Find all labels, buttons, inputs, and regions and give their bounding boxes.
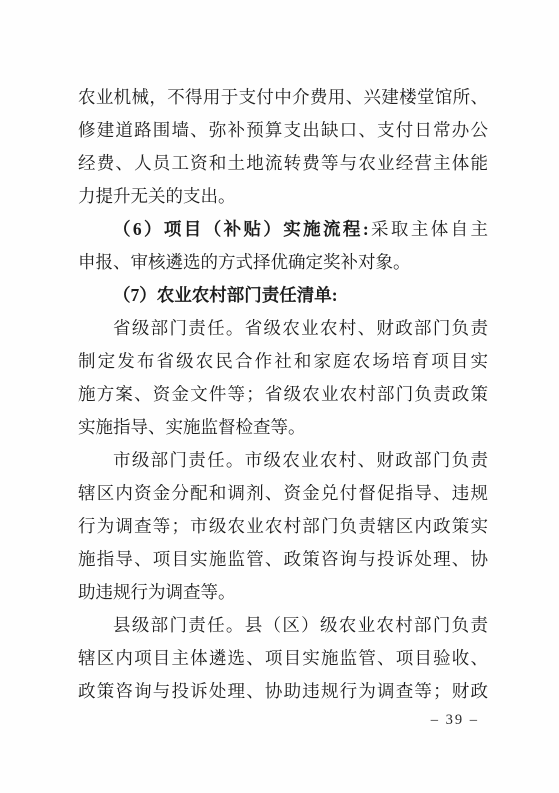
text-line: 经费、人员工资和土地流转费等与农业经营主体能 bbox=[78, 147, 488, 180]
text-line: 修建道路围墙、弥补预算支出缺口、支付日常办公 bbox=[78, 114, 488, 147]
page-number: – 39 – bbox=[431, 712, 479, 729]
text-line: 县级部门责任。县（区）级农业农村部门负责 bbox=[78, 609, 488, 642]
section-heading-6: （6）项目（补贴）实施流程: bbox=[113, 219, 369, 239]
text-line: 助违规行为调查等。 bbox=[78, 576, 488, 609]
text-line: 辖区内资金分配和调剂、资金兑付督促指导、违规 bbox=[78, 477, 488, 510]
text-line: 辖区内项目主体遴选、项目实施监管、项目验收、 bbox=[78, 642, 488, 675]
text-line: （6）项目（补贴）实施流程:采取主体自主 bbox=[78, 213, 488, 246]
text-line: 省级部门责任。省级农业农村、财政部门负责 bbox=[78, 312, 488, 345]
document-body: 农业机械，不得用于支付中介费用、兴建楼堂馆所、 修建道路围墙、弥补预算支出缺口、… bbox=[78, 81, 488, 708]
text-run: 采取主体自主 bbox=[369, 219, 488, 239]
text-line: 力提升无关的支出。 bbox=[78, 180, 488, 213]
text-line: 行为调查等；市级农业农村部门负责辖区内政策实 bbox=[78, 510, 488, 543]
text-line: （7）农业农村部门责任清单: bbox=[78, 279, 488, 312]
text-line: 申报、审核遴选的方式择优确定奖补对象。 bbox=[78, 246, 488, 279]
document-page: 农业机械，不得用于支付中介费用、兴建楼堂馆所、 修建道路围墙、弥补预算支出缺口、… bbox=[0, 0, 559, 793]
text-line: 施方案、资金文件等；省级农业农村部门负责政策 bbox=[78, 378, 488, 411]
text-line: 政策咨询与投诉处理、协助违规行为调查等；财政 bbox=[78, 675, 488, 708]
text-line: 实施指导、实施监督检查等。 bbox=[78, 411, 488, 444]
section-heading-7: （7）农业农村部门责任清单: bbox=[113, 285, 338, 305]
text-line: 施指导、项目实施监管、政策咨询与投诉处理、协 bbox=[78, 543, 488, 576]
text-line: 市级部门责任。市级农业农村、财政部门负责 bbox=[78, 444, 488, 477]
text-line: 农业机械，不得用于支付中介费用、兴建楼堂馆所、 bbox=[78, 81, 488, 114]
text-line: 制定发布省级农民合作社和家庭农场培育项目实 bbox=[78, 345, 488, 378]
